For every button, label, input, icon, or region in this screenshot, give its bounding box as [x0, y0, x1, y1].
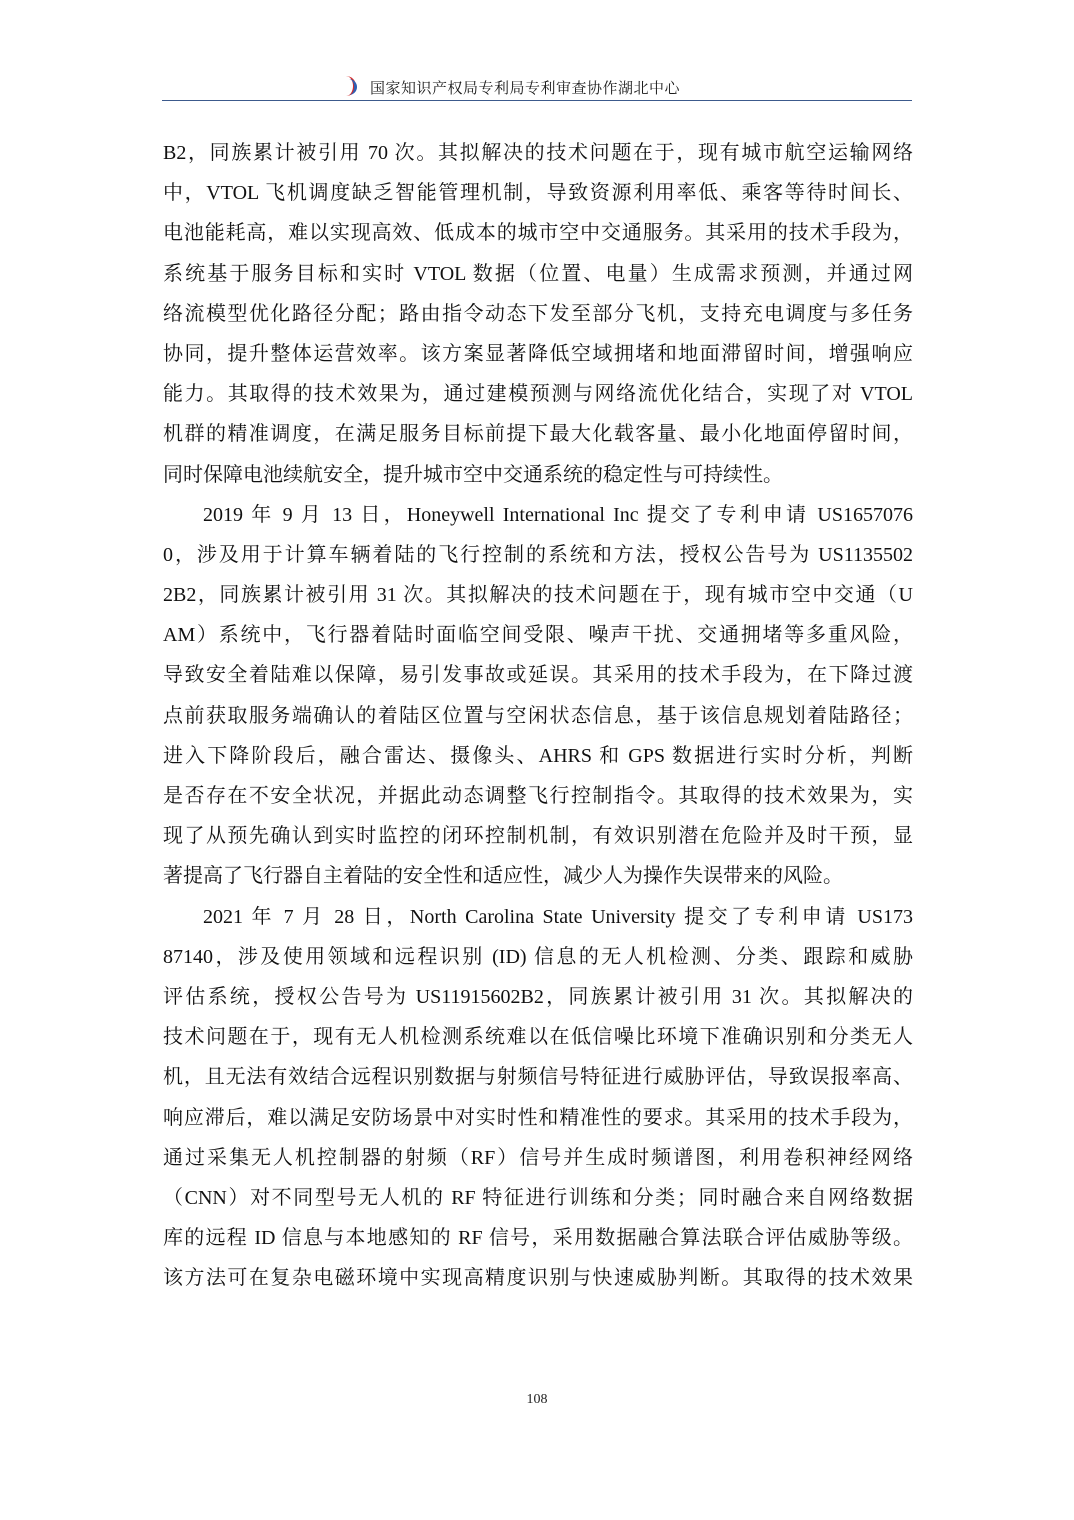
document-page: 国家知识产权局专利局专利审查协作湖北中心 B2，同族累计被引用 70 次。其拟解…	[0, 0, 1074, 1520]
text-line: 技术问题在于，现有无人机检测系统难以在低信噪比环境下准确识别和分类无人	[163, 1017, 913, 1057]
text-line: 0，涉及用于计算车辆着陆的飞行控制的系统和方法，授权公告号为 US1135502	[163, 535, 913, 575]
text-line: 中，VTOL 飞机调度缺乏智能管理机制，导致资源利用率低、乘客等待时间长、	[163, 173, 913, 213]
text-line: 络流模型优化路径分配；路由指令动态下发至部分飞机，支持充电调度与多任务	[163, 294, 913, 334]
text-line: 是否存在不安全状况，并据此动态调整飞行控制指令。其取得的技术效果为，实	[163, 776, 913, 816]
page-number: 108	[0, 1392, 1074, 1408]
text-line: 2B2，同族累计被引用 31 次。其拟解决的技术问题在于，现有城市空中交通（U	[163, 575, 913, 615]
text-line: 机，且无法有效结合远程识别数据与射频信号特征进行威胁评估，导致误报率高、	[163, 1057, 913, 1097]
text-line: 库的远程 ID 信息与本地感知的 RF 信号，采用数据融合算法联合评估威胁等级。	[163, 1218, 913, 1258]
text-line: B2，同族累计被引用 70 次。其拟解决的技术问题在于，现有城市航空运输网络	[163, 133, 913, 173]
text-line: 点前获取服务端确认的着陆区位置与空闲状态信息，基于该信息规划着陆路径；	[163, 696, 913, 736]
logo-blue-arc	[349, 79, 357, 95]
text-line: 能力。其取得的技术效果为，通过建模预测与网络流优化结合，实现了对 VTOL	[163, 374, 913, 414]
text-line: 系统基于服务目标和实时 VTOL 数据（位置、电量）生成需求预测，并通过网	[163, 254, 913, 294]
header-title: 国家知识产权局专利局专利审查协作湖北中心	[370, 77, 680, 98]
text-line: 同时保障电池续航安全，提升城市空中交通系统的稳定性与可持续性。	[163, 455, 913, 495]
text-line: 该方法可在复杂电磁环境中实现高精度识别与快速威胁判断。其取得的技术效果	[163, 1258, 913, 1298]
body-text: B2，同族累计被引用 70 次。其拟解决的技术问题在于，现有城市航空运输网络中，…	[163, 133, 913, 1298]
text-line: 响应滞后，难以满足安防场景中对实时性和精准性的要求。其采用的技术手段为，	[163, 1098, 913, 1138]
text-line: 通过采集无人机控制器的射频（RF）信号并生成时频谱图，利用卷积神经网络	[163, 1138, 913, 1178]
organization-logo-icon	[346, 76, 360, 98]
header-divider	[162, 100, 912, 101]
text-line: 2021 年 7 月 28 日，North Carolina State Uni…	[163, 897, 913, 937]
text-line: 87140，涉及使用领域和远程识别 (ID) 信息的无人机检测、分类、跟踪和威胁	[163, 937, 913, 977]
text-line: 协同，提升整体运营效率。该方案显著降低空域拥堵和地面滞留时间，增强响应	[163, 334, 913, 374]
paragraph: 2019 年 9 月 13 日，Honeywell International …	[163, 495, 913, 897]
text-line: （CNN）对不同型号无人机的 RF 特征进行训练和分类；同时融合来自网络数据	[163, 1178, 913, 1218]
paragraph: B2，同族累计被引用 70 次。其拟解决的技术问题在于，现有城市航空运输网络中，…	[163, 133, 913, 495]
text-line: 著提高了飞行器自主着陆的安全性和适应性，减少人为操作失误带来的风险。	[163, 856, 913, 896]
text-line: 2019 年 9 月 13 日，Honeywell International …	[163, 495, 913, 535]
text-line: 评估系统，授权公告号为 US11915602B2，同族累计被引用 31 次。其拟…	[163, 977, 913, 1017]
page-header: 国家知识产权局专利局专利审查协作湖北中心	[160, 70, 912, 102]
text-line: 进入下降阶段后，融合雷达、摄像头、AHRS 和 GPS 数据进行实时分析，判断	[163, 736, 913, 776]
header-content: 国家知识产权局专利局专利审查协作湖北中心	[346, 76, 680, 98]
text-line: 机群的精准调度，在满足服务目标前提下最大化载客量、最小化地面停留时间，	[163, 414, 913, 454]
paragraph: 2021 年 7 月 28 日，North Carolina State Uni…	[163, 897, 913, 1299]
text-line: 现了从预先确认到实时监控的闭环控制机制，有效识别潜在危险并及时干预，显	[163, 816, 913, 856]
text-line: 导致安全着陆难以保障，易引发事故或延误。其采用的技术手段为，在下降过渡	[163, 655, 913, 695]
text-line: 电池能耗高，难以实现高效、低成本的城市空中交通服务。其采用的技术手段为，	[163, 213, 913, 253]
text-line: AM）系统中，飞行器着陆时面临空间受限、噪声干扰、交通拥堵等多重风险，	[163, 615, 913, 655]
